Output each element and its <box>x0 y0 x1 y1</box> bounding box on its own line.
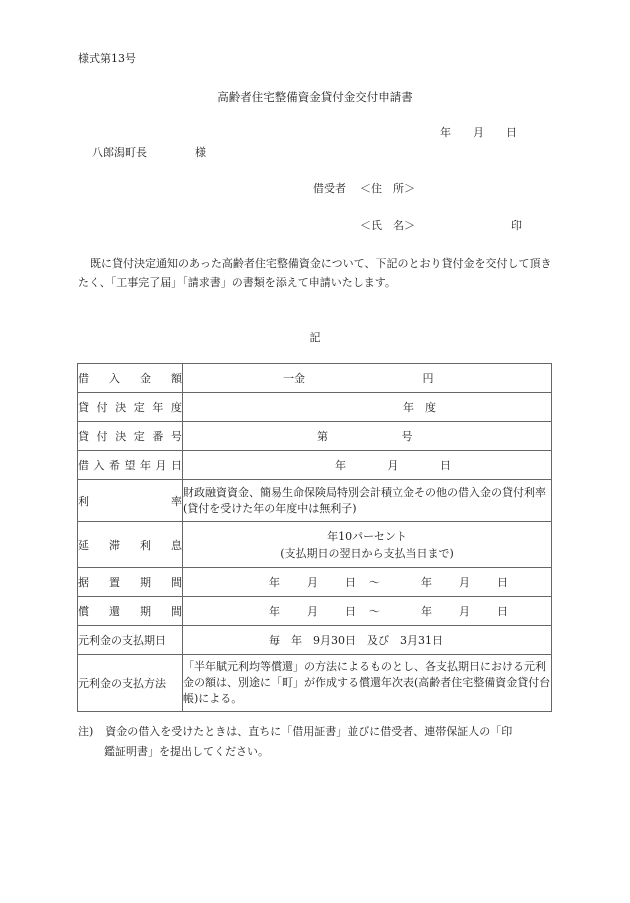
table-row-interest-rate: 利率 財政融資資金、簡易生命保険局特別会計積立金その他の借入金の貸付利率(貸付を… <box>78 480 552 522</box>
row-label: 利率 <box>78 493 182 509</box>
row-label: 借入金額 <box>78 370 182 386</box>
payment-dates-value: 毎 年 9月30日 及び 3月31日 <box>269 634 443 647</box>
date-month: 月 <box>473 124 484 140</box>
number-prefix: 第 <box>317 430 328 443</box>
number-suffix: 号 <box>402 430 413 443</box>
borrower-label: 借受者 <box>313 180 346 196</box>
address-label: ＜住 所＞ <box>360 180 415 196</box>
application-table: 借入金額 一金 円 貸付決定年度 年 度 貸付決定番号 第 号 借入希望年月日 … <box>77 363 552 712</box>
date-year: 年 <box>440 124 451 140</box>
form-number: 様式第13号 <box>78 50 136 66</box>
table-row-payment-method: 元利金の支払方法 「半年賦元利均等償還」の方法によるものとし、各支払期日における… <box>78 655 552 712</box>
table-row-grace-period: 据置期間 年 月 日 ～ 年 月 日 <box>78 568 552 597</box>
desired-year: 年 <box>335 459 346 472</box>
row-label: 元利金の支払期日 <box>78 626 183 655</box>
interest-rate-value: 財政融資資金、簡易生命保険局特別会計積立金その他の借入金の貸付利率(貸付を受けた… <box>183 480 552 522</box>
note-line-1: 資金の借入を受けたときは、直ちに「借用証書」並びに借受者、連帯保証人の「印 <box>105 725 512 738</box>
name-label: ＜氏 名＞ <box>360 217 415 233</box>
desired-month: 月 <box>388 459 399 472</box>
table-row-desired-date: 借入希望年月日 年 月 日 <box>78 451 552 480</box>
table-row-loan-amount: 借入金額 一金 円 <box>78 364 552 393</box>
amount-prefix: 一金 <box>283 372 305 385</box>
document-title: 高齢者住宅整備資金貸付金交付申請書 <box>0 89 630 105</box>
row-label: 借入希望年月日 <box>78 457 182 473</box>
date-day: 日 <box>506 124 517 140</box>
date-line: 年月日 <box>440 124 517 140</box>
note-marker: 注) <box>78 725 93 738</box>
late-interest-rate: 年10パーセント <box>183 528 551 545</box>
repayment-period-range: 年 月 日 ～ 年 月 日 <box>183 603 551 619</box>
footnote: 注)資金の借入を受けたときは、直ちに「借用証書」並びに借受者、連帯保証人の「印 … <box>78 722 556 762</box>
ki-heading: 記 <box>0 329 630 345</box>
desired-day: 日 <box>440 459 451 472</box>
row-label: 償還期間 <box>78 603 182 619</box>
addressee-honorific: 様 <box>195 144 206 160</box>
table-row-decision-year: 貸付決定年度 年 度 <box>78 393 552 422</box>
body-paragraph: 既に貸付決定通知のあった高齢者住宅整備資金について、下記のとおり貸付金を交付して… <box>78 254 553 292</box>
seal-mark: 印 <box>511 217 522 233</box>
row-label: 貸付決定年度 <box>78 399 182 415</box>
amount-suffix: 円 <box>423 372 434 385</box>
note-line-2: 鑑証明書」を提出してください。 <box>78 742 556 762</box>
table-row-payment-dates: 元利金の支払期日 毎 年 9月30日 及び 3月31日 <box>78 626 552 655</box>
addressee-name: 八郎潟町長 <box>92 144 147 160</box>
late-interest-period: (支払期日の翌日から支払当日まで) <box>183 545 551 562</box>
table-row-late-interest: 延滞利息 年10パーセント (支払期日の翌日から支払当日まで) <box>78 522 552 568</box>
decision-year-value: 年 度 <box>403 401 436 414</box>
row-label: 元利金の支払方法 <box>78 655 183 712</box>
row-label: 延滞利息 <box>78 537 182 553</box>
table-row-repayment-period: 償還期間 年 月 日 ～ 年 月 日 <box>78 597 552 626</box>
table-row-decision-number: 貸付決定番号 第 号 <box>78 422 552 451</box>
row-label: 据置期間 <box>78 574 182 590</box>
grace-period-range: 年 月 日 ～ 年 月 日 <box>183 574 551 590</box>
row-label: 貸付決定番号 <box>78 428 182 444</box>
payment-method-value: 「半年賦元利均等償還」の方法によるものとし、各支払期日における元利金の額は、別途… <box>183 655 552 712</box>
